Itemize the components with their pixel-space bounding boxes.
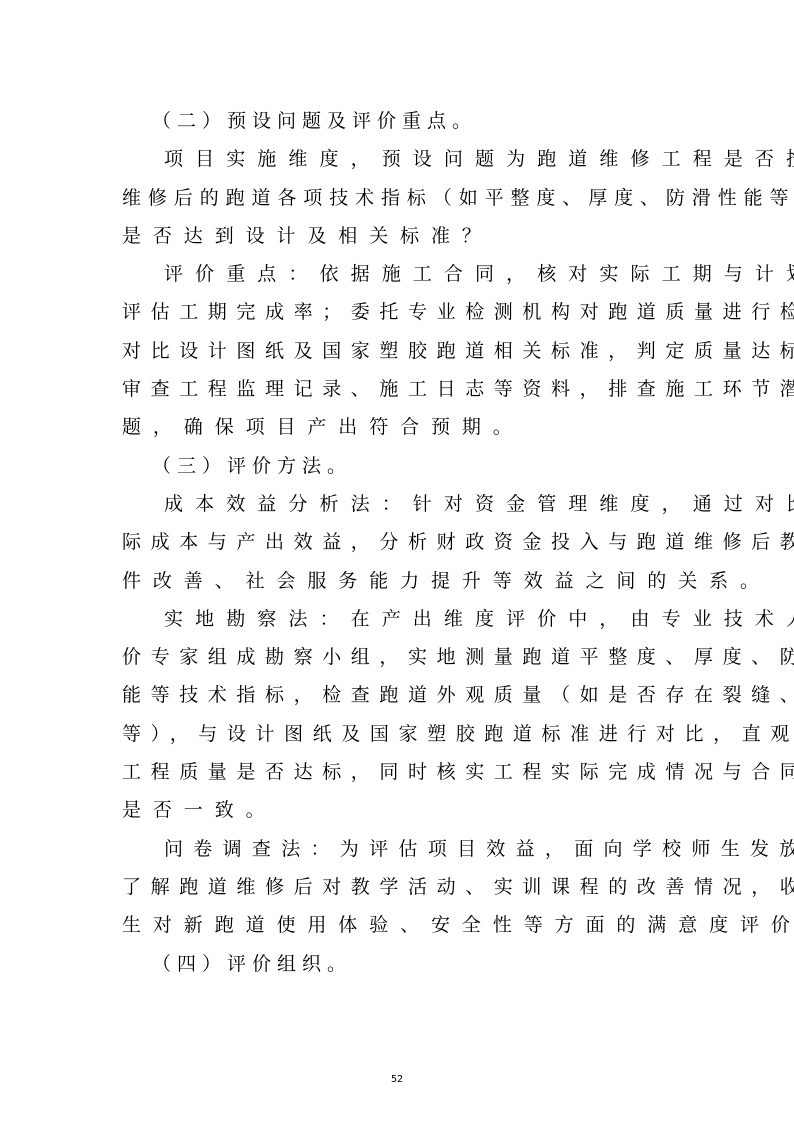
page-number: 52 bbox=[0, 1074, 794, 1085]
paragraph-evaluation-focus: 评价重点：依据施工合同，核对实际工期与计划工期， 评估工期完成率；委托专业检测机… bbox=[122, 255, 684, 446]
text-line: 项目实施维度，预设问题为跑道维修工程是否按时竣工、 bbox=[122, 140, 684, 178]
text-line: 工程质量是否达标，同时核实工程实际完成情况与合同约定 bbox=[122, 753, 684, 791]
text-line: 是否一致。 bbox=[122, 791, 684, 829]
text-line: 评价重点：依据施工合同，核对实际工期与计划工期， bbox=[122, 255, 684, 293]
text-line: （三）评价方法。 bbox=[122, 447, 684, 485]
paragraph-site-survey-method: 实地勘察法：在产出维度评价中，由专业技术人员和评 价专家组成勘察小组，实地测量跑… bbox=[122, 600, 684, 830]
text-line: 际成本与产出效益，分析财政资金投入与跑道维修后教学条 bbox=[122, 523, 684, 561]
text-line: 对比设计图纸及国家塑胶跑道相关标准，判定质量达标率； bbox=[122, 332, 684, 370]
text-line: （四）评价组织。 bbox=[122, 945, 684, 983]
text-line: 生对新跑道使用体验、安全性等方面的满意度评价。 bbox=[122, 906, 684, 944]
document-page: （二）预设问题及评价重点。 项目实施维度，预设问题为跑道维修工程是否按时竣工、 … bbox=[122, 102, 684, 983]
text-line: 能等技术指标，检查跑道外观质量（如是否存在裂缝、脱胶 bbox=[122, 676, 684, 714]
section-heading-3: （三）评价方法。 bbox=[122, 447, 684, 485]
text-line: 价专家组成勘察小组，实地测量跑道平整度、厚度、防滑性 bbox=[122, 638, 684, 676]
text-line: 审查工程监理记录、施工日志等资料，排查施工环节潜在问 bbox=[122, 370, 684, 408]
paragraph-preset-question: 项目实施维度，预设问题为跑道维修工程是否按时竣工、 维修后的跑道各项技术指标（如… bbox=[122, 140, 684, 255]
text-line: 实地勘察法：在产出维度评价中，由专业技术人员和评 bbox=[122, 600, 684, 638]
text-line: 成本效益分析法：针对资金管理维度，通过对比项目实 bbox=[122, 485, 684, 523]
text-line: 评估工期完成率；委托专业检测机构对跑道质量进行检测， bbox=[122, 293, 684, 331]
text-line: 是否达到设计及相关标准？ bbox=[122, 217, 684, 255]
text-line: （二）预设问题及评价重点。 bbox=[122, 102, 684, 140]
paragraph-cost-benefit-method: 成本效益分析法：针对资金管理维度，通过对比项目实 际成本与产出效益，分析财政资金… bbox=[122, 485, 684, 600]
text-line: 问卷调查法：为评估项目效益，面向学校师生发放问卷， bbox=[122, 830, 684, 868]
text-line: 等），与设计图纸及国家塑胶跑道标准进行对比，直观判断 bbox=[122, 715, 684, 753]
section-heading-4: （四）评价组织。 bbox=[122, 945, 684, 983]
text-line: 了解跑道维修后对教学活动、实训课程的改善情况，收集师 bbox=[122, 868, 684, 906]
text-line: 件改善、社会服务能力提升等效益之间的关系。 bbox=[122, 562, 684, 600]
text-line: 维修后的跑道各项技术指标（如平整度、厚度、防滑性能等） bbox=[122, 179, 684, 217]
text-line: 题，确保项目产出符合预期。 bbox=[122, 408, 684, 446]
section-heading-2: （二）预设问题及评价重点。 bbox=[122, 102, 684, 140]
paragraph-questionnaire-method: 问卷调查法：为评估项目效益，面向学校师生发放问卷， 了解跑道维修后对教学活动、实… bbox=[122, 830, 684, 945]
